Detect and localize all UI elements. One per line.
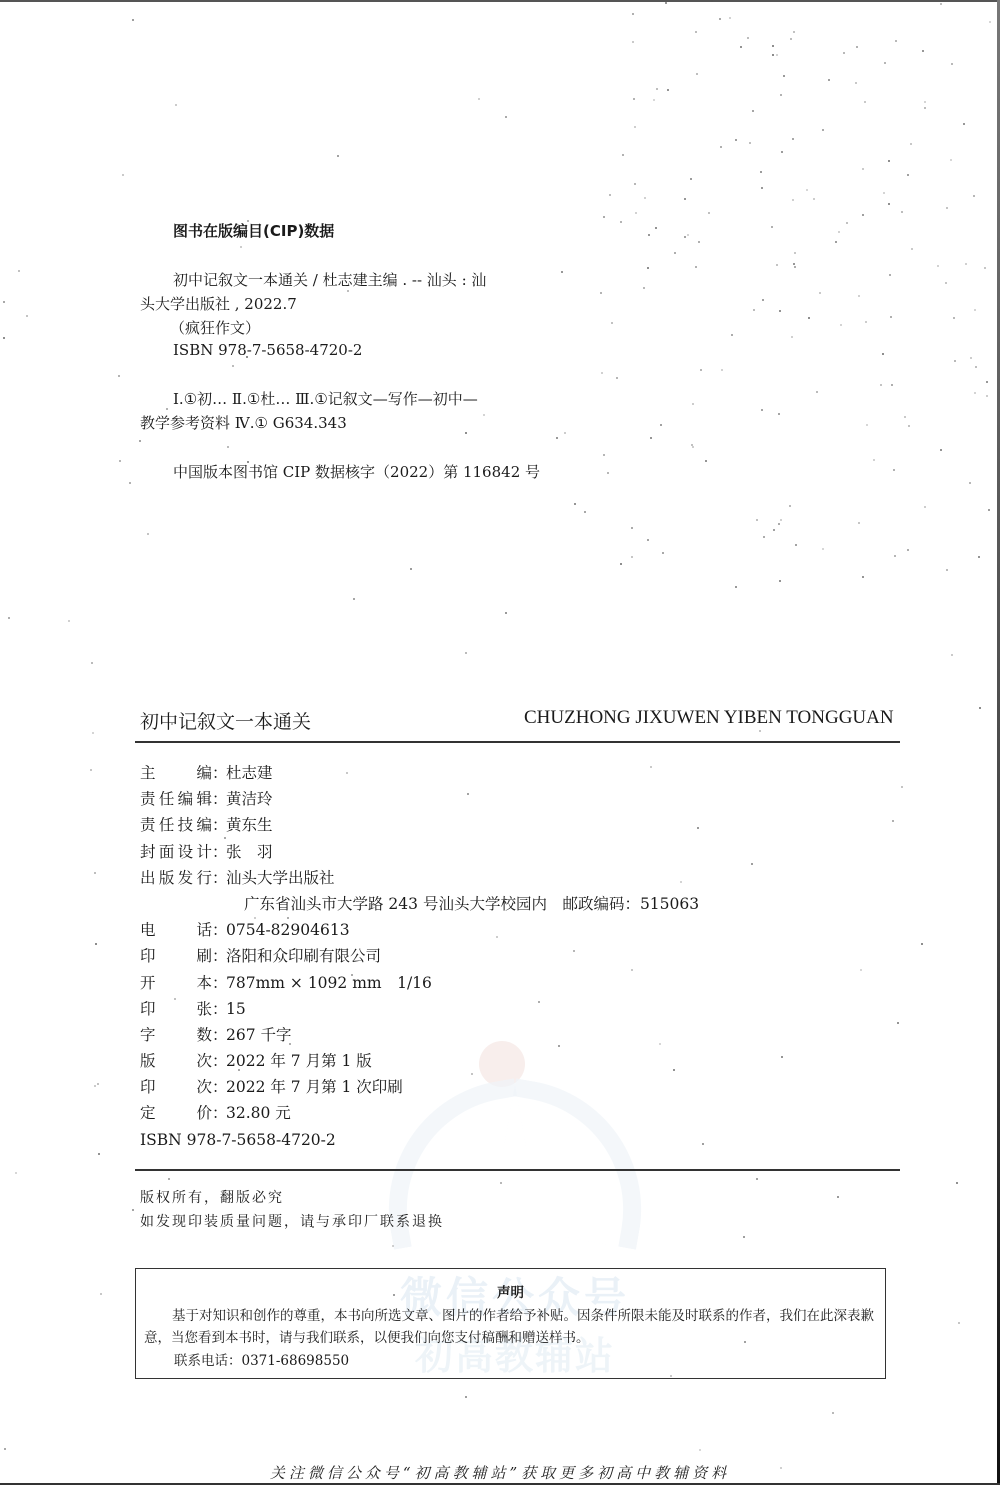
imprint-divider [135, 1169, 900, 1171]
rights-line2: 如发现印装质量问题，请与承印厂联系退换 [140, 1210, 444, 1234]
imprint-row-sheets: 印张 ： 15 [140, 996, 699, 1022]
imprint-value: 15 [226, 996, 246, 1022]
cip-series: （疯狂作文） [170, 317, 260, 338]
notice-contact: 联系电话：0371-68698550 [174, 1349, 349, 1369]
imprint-row-cover-design: 封面设计 ： 张 羽 [140, 839, 699, 865]
cip-number: 中国版本图书馆 CIP 数据核字（2022）第 116842 号 [173, 461, 540, 482]
notice-body: 基于对知识和创作的尊重，本书向所选文章、图片的作者给予补贴。因条件所限未能及时联… [144, 1305, 882, 1349]
imprint-row-format: 开本 ： 787mm × 1092 mm 1/16 [140, 970, 699, 996]
imprint-label: 定价 [140, 1100, 212, 1126]
imprint-label: 版次 [140, 1048, 212, 1074]
imprint-value: 0754-82904613 [226, 917, 350, 943]
notice-box: 声明 基于对知识和创作的尊重，本书向所选文章、图片的作者给予补贴。因条件所限未能… [135, 1268, 886, 1379]
imprint-value: 黄东生 [226, 812, 273, 838]
imprint-label: 主编 [140, 760, 212, 786]
imprint-label: 出版发行 [140, 865, 212, 891]
imprint-value: 267 千字 [226, 1022, 292, 1048]
imprint-value: 黄洁玲 [226, 786, 273, 812]
imprint-row-printer: 印刷 ： 洛阳和众印刷有限公司 [140, 943, 699, 969]
imprint-label: 责任技编 [140, 812, 212, 838]
imprint-row-price: 定价 ： 32.80 元 [140, 1100, 699, 1126]
book-title-cn: 初中记叙文一本通关 [140, 707, 311, 734]
imprint-label: 开本 [140, 970, 212, 996]
imprint-row-address: 广东省汕头市大学路 243 号汕头大学校园内 邮政编码：515063 [140, 891, 699, 917]
imprint-value: 汕头大学出版社 [226, 865, 335, 891]
imprint-label: 电话 [140, 917, 212, 943]
imprint-isbn: ISBN 978-7-5658-4720-2 [140, 1127, 336, 1153]
imprint-label: 责任编辑 [140, 786, 212, 812]
imprint-value: 787mm × 1092 mm 1/16 [226, 970, 432, 996]
page-top-edge [0, 0, 1000, 2]
imprint-row-edition: 版次 ： 2022 年 7 月第 1 版 [140, 1048, 699, 1074]
header-divider [135, 741, 900, 743]
notice-title: 声明 [136, 1281, 885, 1301]
imprint-label: 印次 [140, 1074, 212, 1100]
imprint-row-publisher: 出版发行 ： 汕头大学出版社 [140, 865, 699, 891]
imprint-row-isbn: ISBN 978-7-5658-4720-2 [140, 1127, 699, 1153]
imprint-value: 杜志建 [226, 760, 273, 786]
cip-classification-line1: Ⅰ.①初… Ⅱ.①杜… Ⅲ.①记叙文—写作—初中— [173, 388, 478, 409]
imprint-value: 2022 年 7 月第 1 次印刷 [226, 1074, 403, 1100]
imprint-value: 张 羽 [226, 839, 273, 865]
imprint-value: 32.80 元 [226, 1100, 291, 1126]
imprint-value: 2022 年 7 月第 1 版 [226, 1048, 372, 1074]
imprint-value: 洛阳和众印刷有限公司 [226, 943, 381, 969]
imprint-label: 封面设计 [140, 839, 212, 865]
publisher-address: 广东省汕头市大学路 243 号汕头大学校园内 邮政编码：515063 [244, 891, 699, 917]
book-title-en: CHUZHONG JIXUWEN YIBEN TONGGUAN [524, 707, 894, 729]
cip-classification-line2: 教学参考资料 Ⅳ.① G634.343 [140, 412, 347, 433]
copyright-page: 微信公众号 初高教辅站 图书在版编目(CIP)数据 初中记叙文一本通关 / 杜志… [0, 0, 1000, 1485]
cip-title: 图书在版编目(CIP)数据 [173, 220, 334, 241]
imprint-label: 印刷 [140, 943, 212, 969]
imprint-list: 主编 ： 杜志建 责任编辑 ： 黄洁玲 责任技编 ： 黄东生 封面设计 ： 张 … [140, 760, 699, 1153]
rights-line1: 版权所有，翻版必究 [140, 1186, 444, 1210]
imprint-label: 字数 [140, 1022, 212, 1048]
cip-record-line2: 头大学出版社 , 2022.7 [140, 293, 297, 314]
imprint-row-word-count: 字数 ： 267 千字 [140, 1022, 699, 1048]
imprint-row-editor: 主编 ： 杜志建 [140, 760, 699, 786]
imprint-label: 印张 [140, 996, 212, 1022]
imprint-row-technical-editor: 责任技编 ： 黄东生 [140, 812, 699, 838]
imprint-row-responsible-editor: 责任编辑 ： 黄洁玲 [140, 786, 699, 812]
rights-statement: 版权所有，翻版必究 如发现印装质量问题，请与承印厂联系退换 [140, 1186, 444, 1234]
cip-record-line1: 初中记叙文一本通关 / 杜志建主编 . -- 汕头 : 汕 [173, 269, 486, 290]
cip-isbn: ISBN 978-7-5658-4720-2 [173, 341, 362, 359]
footer-promo-note: 关注微信公众号“初高教辅站”获取更多初高中教辅资料 [0, 1462, 1000, 1483]
imprint-row-printing: 印次 ： 2022 年 7 月第 1 次印刷 [140, 1074, 699, 1100]
imprint-row-phone: 电话 ： 0754-82904613 [140, 917, 699, 943]
